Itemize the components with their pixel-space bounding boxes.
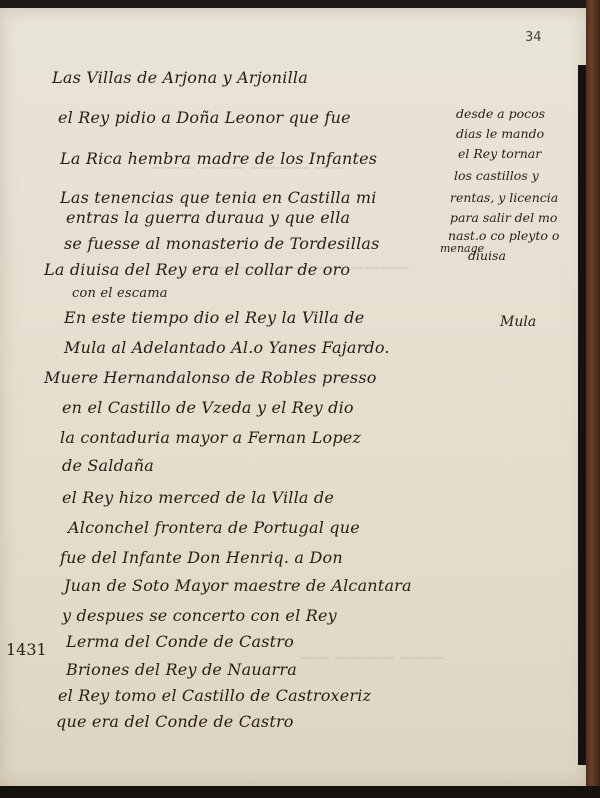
- text-line: Juan de Soto Mayor maestre de Alcantara: [64, 576, 412, 595]
- text-line: La Rica hembra madre de los Infantes: [60, 149, 377, 168]
- year-margin-note: 1431: [6, 640, 47, 659]
- text-line: Las tenencias que tenia en Castilla mi: [60, 188, 377, 207]
- text-line: En este tiempo dio el Rey la Villa de: [64, 308, 364, 327]
- manuscript-page: 34 —— ———— ——— ——— ———— —— ————— —— ——— …: [0, 8, 586, 786]
- margin-note-line: desde a pocos: [456, 106, 545, 121]
- margin-note-line: nast.o co pleyto o: [448, 228, 559, 243]
- text-line: Briones del Rey de Nauarra: [66, 660, 297, 679]
- text-line: Alconchel frontera de Portugal que: [68, 518, 360, 537]
- text-line: fue del Infante Don Henriq. a Don: [60, 548, 343, 567]
- book-binding: [586, 0, 600, 798]
- text-line: Mula al Adelantado Al.o Yanes Fajardo.: [64, 338, 390, 357]
- text-line: de Saldaña: [62, 456, 154, 475]
- text-line: con el escama: [72, 286, 168, 301]
- folio-number: 34: [525, 30, 542, 45]
- text-line: la contaduria mayor a Fernan Lopez: [60, 428, 361, 447]
- text-line: y despues se concerto con el Rey: [62, 606, 337, 625]
- margin-note-line: para salir del mo: [450, 210, 557, 225]
- text-line: se fuesse al monasterio de Tordesillas: [64, 234, 380, 253]
- margin-note-line: el Rey tornar: [458, 146, 541, 161]
- text-line: La diuisa del Rey era el collar de oro: [44, 260, 350, 279]
- margin-note-line: dias le mando: [456, 126, 544, 141]
- text-line: entras la guerra duraua y que ella: [66, 208, 350, 227]
- text-line: Lerma del Conde de Castro: [66, 632, 294, 651]
- margin-note-diuisa: diuisa: [468, 248, 506, 263]
- text-line: que era del Conde de Castro: [56, 712, 294, 731]
- bottom-edge: [0, 786, 600, 798]
- margin-note-mula: Mula: [500, 314, 536, 330]
- text-line: el Rey hizo merced de la Villa de: [62, 488, 334, 507]
- text-line: Muere Hernandalonso de Robles presso: [44, 368, 377, 387]
- text-line: el Rey pidio a Doña Leonor que fue: [58, 108, 351, 127]
- text-line: Las Villas de Arjona y Arjonilla: [52, 68, 308, 87]
- text-line: el Rey tomo el Castillo de Castroxeriz: [58, 686, 371, 705]
- margin-note-line: los castillos y: [454, 168, 539, 183]
- margin-note-line: rentas, y licencia: [450, 190, 558, 205]
- bleed-through: ——— ———— ——: [300, 648, 445, 666]
- text-line: en el Castillo de Vzeda y el Rey dio: [62, 398, 354, 417]
